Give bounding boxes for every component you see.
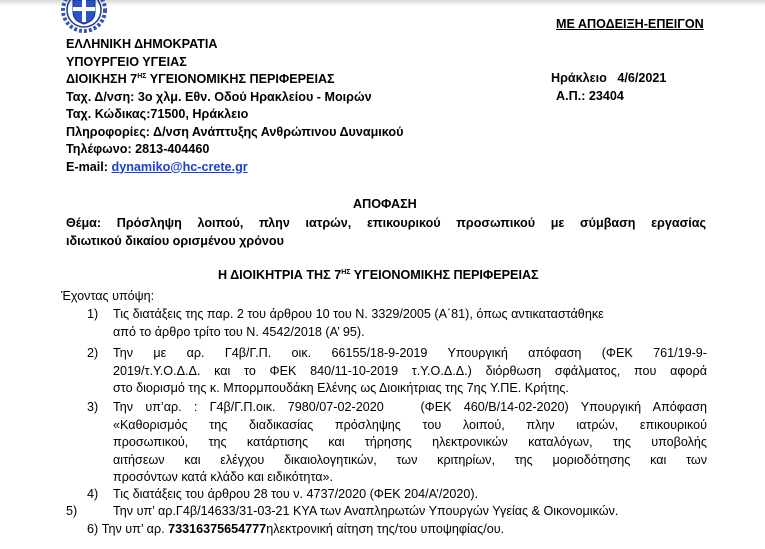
list-item: Την υπ’ αρ.Γ4β/14633/31-03-21 ΚΥΑ των Αν… (113, 503, 618, 521)
info-line: Πληροφορίες: Δ/νση Ανάπτυξης Ανθρώπινου … (66, 124, 403, 142)
list-item: 2) Την με αρ. Γ4β/Γ.Π. οικ. 66155/18-9-2… (87, 345, 707, 398)
page-top-edge (0, 0, 765, 6)
list-item: 4) Τις διατάξεις του άρθρου 28 του ν. 47… (87, 486, 707, 504)
list-item: 1) Τις διατάξεις της παρ. 2 του άρθρου 1… (87, 306, 707, 341)
republic-heading: ΕΛΛΗΝΙΚΗ ΔΗΜΟΚΡΑΤΙΑ (66, 36, 217, 54)
application-number: 73316375654777 (168, 522, 266, 536)
authority-heading: Η ΔΙΟΙΚΗΤΡΙΑ ΤΗΣ 7ΗΣ ΥΓΕΙΟΝΟΜΙΚΗΣ ΠΕΡΙΦΕ… (218, 268, 539, 282)
urgent-stamp: ΜΕ ΑΠΟΔΕΙΞΗ-ΕΠΕΙΓΟΝ (556, 17, 704, 31)
email-link[interactable]: dynamiko@hc-crete.gr (112, 160, 248, 174)
email-line: E-mail: dynamiko@hc-crete.gr (66, 159, 248, 177)
address-line: Ταχ. Δ/νση: 3ο χλμ. Εθν. Οδού Ηρακλείου … (66, 89, 372, 107)
decision-title: ΑΠΟΦΑΣΗ (353, 197, 417, 211)
phone-line: Τηλέφωνο: 2813-404460 (66, 141, 209, 159)
list-item: 6) Την υπ’ αρ. 73316375654777ηλεκτρονική… (87, 521, 504, 539)
greek-coat-of-arms-icon (60, 0, 108, 34)
list-item: 3) Την υπ’αρ. : Γ4β/Γ.Π.οικ. 7980/07-02-… (87, 399, 707, 487)
decision-subject: Θέμα: Πρόσληψη λοιπού, πλην ιατρών, επικ… (66, 214, 706, 250)
ministry-heading: ΥΠΟΥΡΓΕΙΟ ΥΓΕΙΑΣ (66, 54, 187, 72)
postal-code-line: Ταχ. Κώδικας:71500, Ηράκλειο (66, 106, 248, 124)
list-item-number: 5) (66, 503, 77, 521)
considering-label: Έχοντας υπόψη: (61, 288, 154, 306)
place-date: Ηράκλειο 4/6/2021 (551, 71, 666, 85)
protocol-number: Α.Π.: 23404 (556, 89, 624, 103)
administration-heading: ΔΙΟΙΚΗΣΗ 7ΗΣ ΥΓΕΙΟΝΟΜΙΚΗΣ ΠΕΡΙΦΕΡΕΙΑΣ (66, 71, 335, 89)
